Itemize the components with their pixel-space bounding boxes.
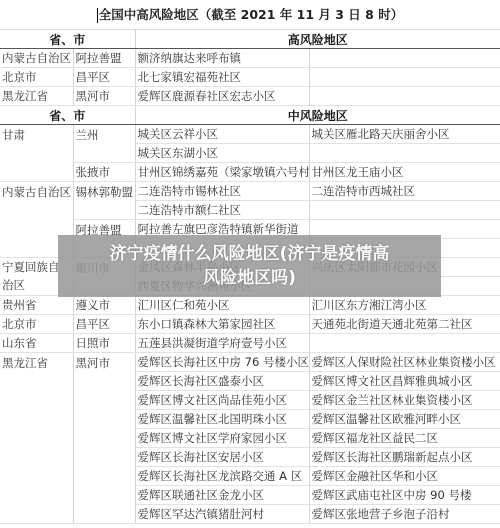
area-cell: 城关区东湖小区 bbox=[135, 144, 309, 163]
area-cell: 爱辉区人保财险社区林业集资楼小区 bbox=[309, 353, 500, 372]
mid-risk-header-row: 省、市 中风险地区 bbox=[0, 106, 500, 125]
area-cell: 爱辉区金融社区华和小区 bbox=[309, 467, 500, 486]
header-high-risk-area: 高风险地区 bbox=[135, 30, 500, 49]
area-cell: 爱辉区博文社区昌辉雅典城小区 bbox=[309, 372, 500, 391]
table-row: 山东省 日照市 五莲县洪凝街道学府壹号小区 bbox=[0, 334, 500, 353]
sheet-title: 全国中高风险地区（截至 2021 年 11 月 3 日 8 时） bbox=[0, 0, 500, 30]
area-cell: 二连浩特市西城社区 bbox=[309, 182, 500, 201]
area-cell: 汇川区仁和苑小区 bbox=[135, 296, 309, 315]
table-row: 黑龙江省 黑河市 爱辉区鹿源春社区宏志小区 bbox=[0, 87, 500, 106]
area-cell: 爱辉区长海社区鹏瑞新起点小区 bbox=[309, 448, 500, 467]
area-cell: 二连浩特市额仁社区 bbox=[135, 201, 309, 220]
city-cell: 日照市 bbox=[73, 334, 135, 353]
header-region: 省、市 bbox=[0, 30, 135, 49]
province-cell: 贵州省 bbox=[0, 296, 73, 315]
province-cell: 黑龙江省 bbox=[0, 87, 73, 106]
city-cell: 阿拉善盟 bbox=[73, 49, 135, 68]
area-cell: 甘州区龙王庙小区 bbox=[309, 163, 500, 182]
area-cell: 爱辉区长海社区中房 76 号楼小区 bbox=[135, 353, 309, 372]
table-row: 甘肃 兰州 城关区云祥小区 城关区雁北路天庆丽舍小区 bbox=[0, 125, 500, 144]
area-cell bbox=[309, 144, 500, 163]
area-cell: 汇川区东方湘江湾小区 bbox=[309, 296, 500, 315]
city-cell: 兰州 bbox=[73, 125, 135, 163]
headline-overlay: 济宁疫情什么风险地区(济宁是疫情高 风险地区吗) bbox=[58, 235, 441, 297]
province-cell: 内蒙古自治区 bbox=[0, 49, 73, 68]
high-risk-header-row: 省、市 高风险地区 bbox=[0, 30, 500, 49]
headline-line2: 风险地区吗) bbox=[58, 266, 441, 290]
area-cell: 城关区雁北路天庆丽舍小区 bbox=[309, 125, 500, 144]
area-cell bbox=[309, 201, 500, 220]
area-cell: 天通苑北街道天通北苑第二社区 bbox=[309, 315, 500, 334]
area-cell: 东小口镇森林大第家园社区 bbox=[135, 315, 309, 334]
area-cell bbox=[309, 68, 500, 87]
table-row: 北京市 昌平区 东小口镇森林大第家园社区 天通苑北街道天通北苑第二社区 bbox=[0, 315, 500, 334]
area-cell: 爱辉区温馨社区欧雅河畔小区 bbox=[309, 410, 500, 429]
city-cell: 黑河市 bbox=[73, 353, 135, 524]
area-cell: 爱辉区长海社区龙滨路交通 A 区 bbox=[135, 467, 309, 486]
area-cell bbox=[309, 49, 500, 68]
area-cell: 爱辉区张地营子乡泡子沿村 bbox=[309, 505, 500, 524]
area-cell: 爱辉区联通社区金龙小区 bbox=[135, 486, 309, 505]
area-cell: 爱辉区博文社区尚品佳苑小区 bbox=[135, 391, 309, 410]
area-cell: 爱辉区长海社区盛泰小区 bbox=[135, 372, 309, 391]
table-row: 内蒙古自治区 锡林郭勒盟 二连浩特市锡林社区 二连浩特市西城社区 bbox=[0, 182, 500, 201]
province-cell: 黑龙江省 bbox=[0, 353, 73, 524]
area-cell: 爱辉区温馨社区北国明珠小区 bbox=[135, 410, 309, 429]
area-cell: 爱辉区博文社区学府家园小区 bbox=[135, 429, 309, 448]
area-cell bbox=[309, 334, 500, 353]
city-cell: 昌平区 bbox=[73, 68, 135, 87]
area-cell: 爱辉区金兰社区林业集资楼小区 bbox=[309, 391, 500, 410]
city-cell: 昌平区 bbox=[73, 315, 135, 334]
province-cell: 北京市 bbox=[0, 315, 73, 334]
area-cell: 爱辉区武庙屯社区中房 90 号楼 bbox=[309, 486, 500, 505]
table-row: 张掖市 甘州区锦绣嘉苑（梁家墩镇六号村） 甘州区龙王庙小区 bbox=[0, 163, 500, 182]
area-cell: 北七家镇宏福苑社区 bbox=[135, 68, 309, 87]
table-row: 内蒙古自治区 阿拉善盟 额济纳旗达来呼布镇 bbox=[0, 49, 500, 68]
area-cell: 城关区云祥小区 bbox=[135, 125, 309, 144]
header-region: 省、市 bbox=[0, 106, 135, 125]
city-cell: 遵义市 bbox=[73, 296, 135, 315]
header-mid-risk-area: 中风险地区 bbox=[135, 106, 500, 125]
area-cell: 爱辉区鹿源春社区宏志小区 bbox=[135, 87, 309, 106]
area-cell: 二连浩特市锡林社区 bbox=[135, 182, 309, 201]
area-cell: 额济纳旗达来呼布镇 bbox=[135, 49, 309, 68]
table-row: 贵州省 遵义市 汇川区仁和苑小区 汇川区东方湘江湾小区 bbox=[0, 296, 500, 315]
text-cursor bbox=[97, 8, 98, 23]
city-cell: 张掖市 bbox=[73, 163, 135, 182]
area-cell: 爱辉区长海社区安居小区 bbox=[135, 448, 309, 467]
area-cell: 甘州区锦绣嘉苑（梁家墩镇六号村） bbox=[135, 163, 309, 182]
title-text: 全国中高风险地区（截至 2021 年 11 月 3 日 8 时） bbox=[99, 7, 403, 22]
area-cell: 爱辉区罕达汽镇猪肚河村 bbox=[135, 505, 309, 524]
table-row: 黑龙江省 黑河市 爱辉区长海社区中房 76 号楼小区 爱辉区人保财险社区林业集资… bbox=[0, 353, 500, 372]
province-cell: 甘肃 bbox=[0, 125, 73, 182]
headline-line1: 济宁疫情什么风险地区(济宁是疫情高 bbox=[58, 242, 441, 266]
area-cell: 爱辉区福龙社区益民二区 bbox=[309, 429, 500, 448]
city-cell: 锡林郭勒盟 bbox=[73, 182, 135, 220]
area-cell bbox=[309, 87, 500, 106]
area-cell: 五莲县洪凝街道学府壹号小区 bbox=[135, 334, 309, 353]
city-cell: 黑河市 bbox=[73, 87, 135, 106]
table-row: 北京市 昌平区 北七家镇宏福苑社区 bbox=[0, 68, 500, 87]
province-cell: 北京市 bbox=[0, 68, 73, 87]
province-cell: 山东省 bbox=[0, 334, 73, 353]
